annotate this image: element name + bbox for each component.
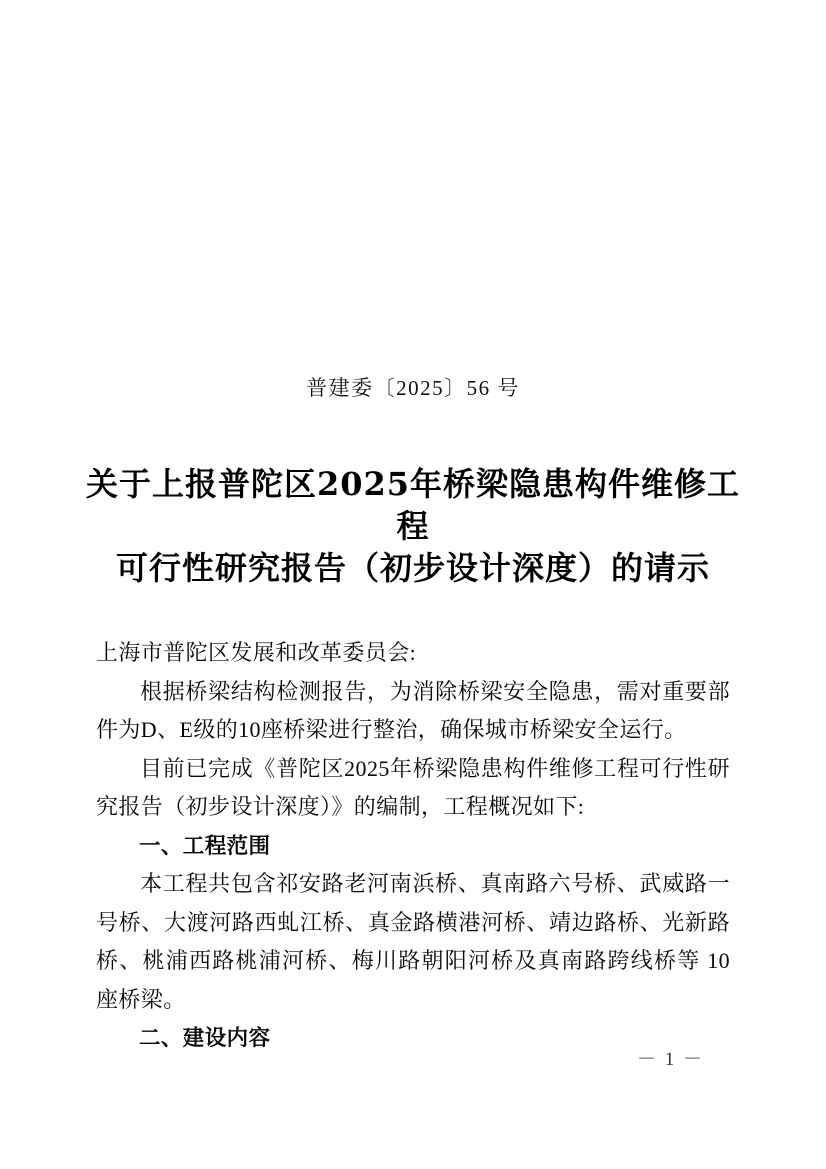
document-body: 上海市普陀区发展和改革委员会: 根据桥梁结构检测报告，为消除桥梁安全隐患，需对重… bbox=[96, 634, 730, 1058]
salutation: 上海市普陀区发展和改革委员会: bbox=[96, 634, 730, 673]
document-title-line-1: 关于上报普陀区2025年桥梁隐患构件维修工程 bbox=[73, 463, 753, 547]
section-heading-project-scope: 一、工程范围 bbox=[96, 827, 730, 866]
document-page: 普建委〔2025〕56 号 关于上报普陀区2025年桥梁隐患构件维修工程 可行性… bbox=[0, 0, 826, 1169]
section-heading-construction-content: 二、建设内容 bbox=[96, 1019, 730, 1058]
paragraph-report-completed: 目前已完成《普陀区2025年桥梁隐患构件维修工程可行性研究报告（初步设计深度）》… bbox=[96, 750, 730, 827]
document-reference-number: 普建委〔2025〕56 号 bbox=[96, 377, 730, 399]
page-number: － 1 － bbox=[637, 1044, 704, 1071]
paragraph-inspection-basis: 根据桥梁结构检测报告，为消除桥梁安全隐患，需对重要部件为D、E级的10座桥梁进行… bbox=[96, 673, 730, 750]
paragraph-bridge-list: 本工程共包含祁安路老河南浜桥、真南路六号桥、武威路一号桥、大渡河路西虬江桥、真金… bbox=[96, 865, 730, 1019]
document-title-line-2: 可行性研究报告（初步设计深度）的请示 bbox=[73, 547, 753, 589]
document-title: 关于上报普陀区2025年桥梁隐患构件维修工程 可行性研究报告（初步设计深度）的请… bbox=[73, 463, 753, 589]
